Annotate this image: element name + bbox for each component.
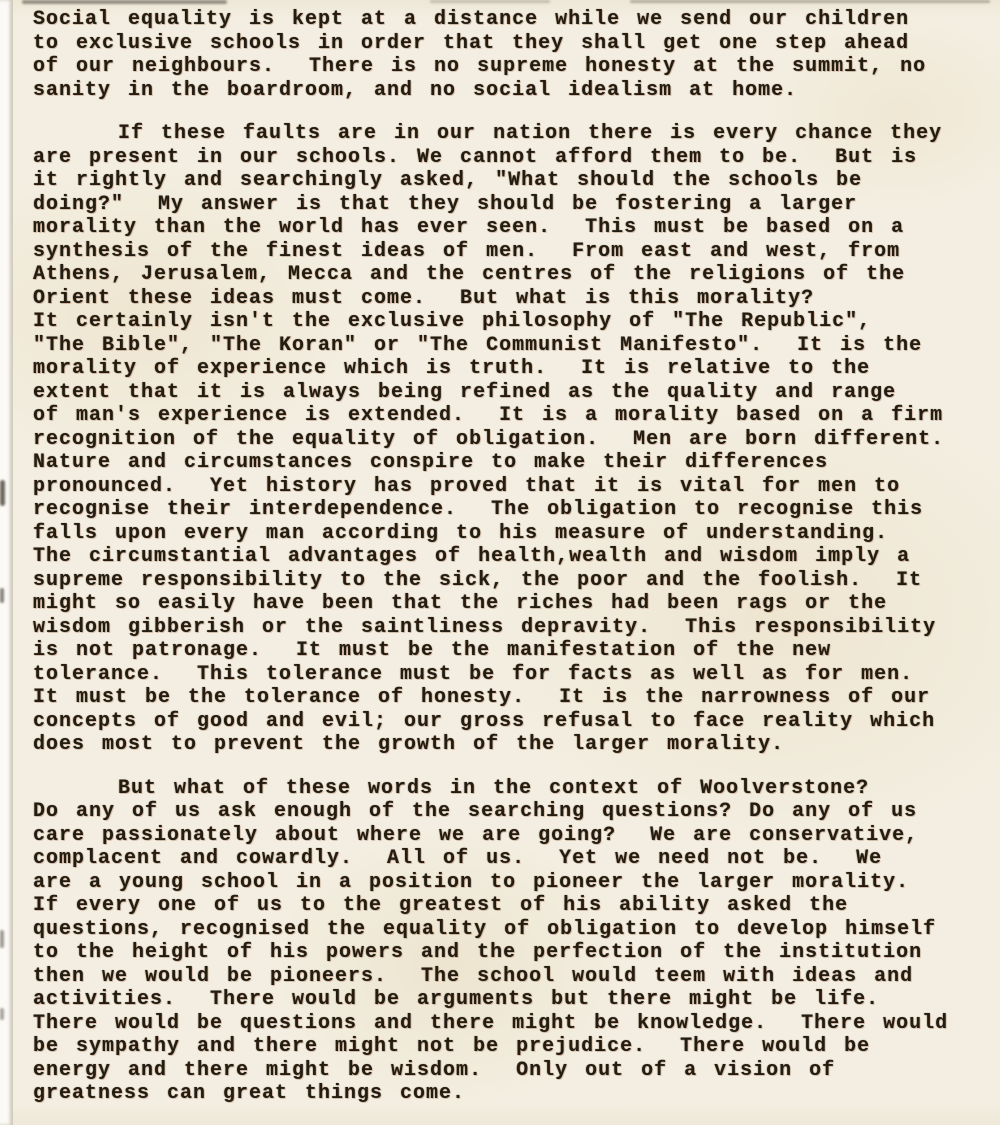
scan-artifact-left-1 bbox=[0, 480, 5, 506]
paragraph-social-equality: Social equality is kept at a distance wh… bbox=[33, 8, 970, 102]
scan-artifact-left-3 bbox=[0, 930, 4, 948]
scan-artifact-top-left bbox=[22, 0, 227, 4]
scan-left-edge bbox=[0, 0, 13, 1125]
paragraph-woolverstone: But what of these words in the context o… bbox=[33, 777, 970, 1106]
scan-artifact-top-mid bbox=[430, 0, 550, 3]
scan-artifact-left-4 bbox=[0, 1008, 4, 1020]
document-page: Social equality is kept at a distance wh… bbox=[0, 0, 1000, 1125]
paragraph-larger-morality: If these faults are in our nation there … bbox=[33, 122, 970, 757]
scan-artifact-left-2 bbox=[0, 588, 4, 603]
typewritten-text: Social equality is kept at a distance wh… bbox=[33, 8, 970, 1125]
scan-artifact-top-right bbox=[630, 0, 990, 3]
